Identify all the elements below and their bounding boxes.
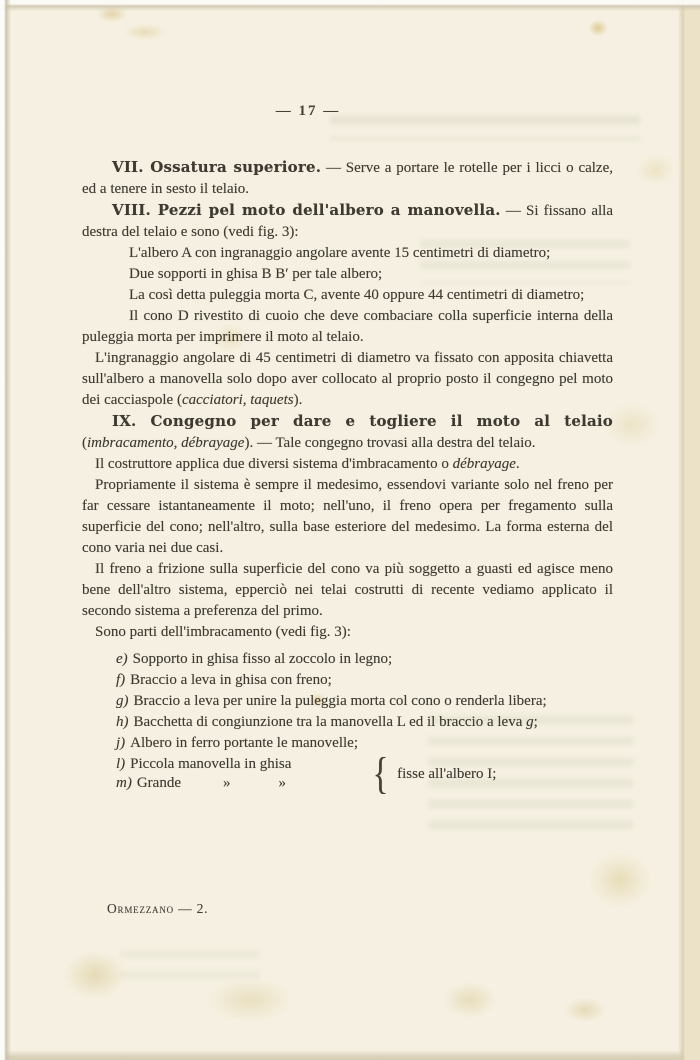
item-marker: j)	[116, 735, 125, 751]
p1-text: Il costruttore applica due diversi siste…	[95, 456, 453, 472]
list-item-j: j)Albero in ferro portante le manovelle;	[82, 733, 613, 754]
list-item-g: g)Braccio a leva per unire la puleggia m…	[82, 691, 613, 712]
p1-end: .	[516, 456, 520, 472]
list-item-h: h)Bacchetta di congiunzione tra la manov…	[82, 712, 613, 733]
list-item-f: f)Braccio a leva in ghisa con freno;	[82, 670, 613, 691]
page-number: — 17 —	[0, 103, 616, 120]
item-text: Grande	[137, 775, 181, 791]
closing-end: ).	[294, 392, 303, 408]
parts-list: e)Sopporto in ghisa fisso al zoccolo in …	[82, 649, 613, 794]
item-text: Bacchetta di congiunzione tra la manovel…	[134, 714, 527, 730]
item-marker: e)	[116, 651, 128, 667]
closing-text: L'ingranaggio angolare di 45 centimetri …	[82, 350, 613, 408]
paragraph-sono-parti: Sono parti dell'imbracamento (vedi fig. …	[82, 622, 613, 643]
grouping-brace: {	[373, 754, 389, 794]
section-8-closing-paragraph: L'ingranaggio angolare di 45 centimetri …	[82, 348, 613, 411]
item-end: ;	[534, 714, 538, 730]
ditto-mark: »	[278, 774, 286, 793]
paragraph-freno: Il freno a frizione sulla superficie del…	[82, 559, 613, 622]
closing-italic: cacciatori, taquets	[182, 392, 294, 408]
part-puleggia: La così detta puleggia morta C, avente 4…	[82, 285, 613, 306]
section-8-title: VIII. Pezzi pel moto dell'albero a manov…	[112, 201, 501, 219]
p1-italic: débrayage	[453, 456, 516, 472]
part-sopporti: Due sopporti in ghisa B B′ per tale albe…	[82, 264, 613, 285]
signature-mark: Ormezzano — 2.	[107, 901, 208, 917]
item-marker: m)	[116, 775, 132, 791]
item-text: Piccola manovella in ghisa	[130, 756, 291, 772]
brace-label: fisse all'albero I;	[397, 764, 496, 785]
item-marker: f)	[116, 672, 125, 688]
paragraph-propriamente: Propriamente il sistema è sempre il mede…	[82, 475, 613, 559]
item-text: Braccio a leva per unire la puleggia mor…	[134, 693, 547, 709]
section-9-paragraph: IX. Congegno per dare e togliere il moto…	[82, 411, 613, 454]
text-block: VII. Ossatura superiore. — Serve a porta…	[82, 157, 613, 794]
item-italic: g	[526, 714, 534, 730]
part-albero: L'albero A con ingranaggio angolare aven…	[82, 243, 613, 264]
item-marker: l)	[116, 756, 125, 772]
item-text: Braccio a leva in ghisa con freno;	[130, 672, 332, 688]
section-9-title: IX. Congegno per dare e togliere il moto…	[112, 412, 613, 430]
section-7-title: VII. Ossatura superiore.	[112, 158, 321, 176]
paragraph-costruttore: Il costruttore applica due diversi siste…	[82, 454, 613, 475]
section-7-paragraph: VII. Ossatura superiore. — Serve a porta…	[82, 157, 613, 200]
section-9-text: ). — Tale congegno trovasi alla destra d…	[244, 435, 535, 451]
item-text: Sopporto in ghisa fisso al zoccolo in le…	[133, 651, 393, 667]
item-text: Albero in ferro portante le manovelle;	[130, 735, 358, 751]
part-cono: Il cono D rivestito di cuoio che deve co…	[82, 306, 613, 348]
item-marker: h)	[116, 714, 129, 730]
list-item-l: l)Piccola manovella in ghisa	[116, 755, 368, 774]
show-through-texture	[120, 950, 260, 980]
brace-group: l)Piccola manovella in ghisa m)Grande»» …	[82, 754, 613, 794]
list-item-m: m)Grande»»	[116, 774, 368, 793]
section-9-paren-italic: imbracamento, débrayage	[87, 435, 244, 451]
ditto-mark: »	[223, 774, 231, 793]
section-8-paragraph: VIII. Pezzi pel moto dell'albero a manov…	[82, 200, 613, 243]
brace-lines: l)Piccola manovella in ghisa m)Grande»»	[116, 755, 368, 793]
item-marker: g)	[116, 693, 129, 709]
list-item-e: e)Sopporto in ghisa fisso al zoccolo in …	[82, 649, 613, 670]
